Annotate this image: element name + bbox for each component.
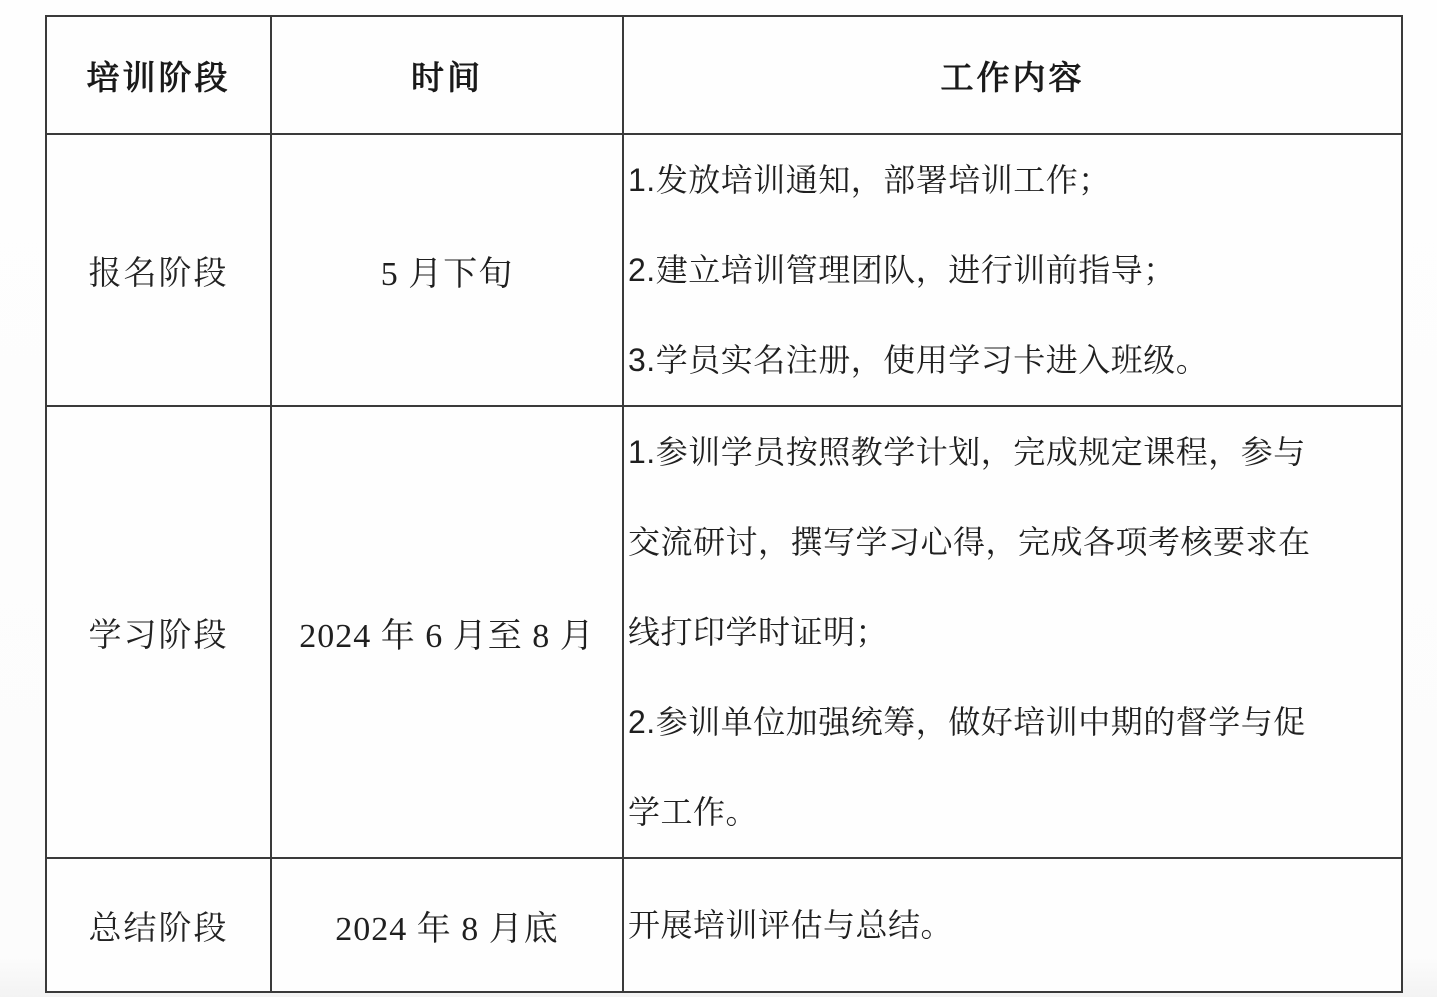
header-phase: 培训阶段 [46,16,271,134]
content-line: 学工作。 [624,767,1401,857]
content-line: 3.学员实名注册，使用学习卡进入班级。 [624,315,1401,405]
content-line: 1.参训学员按照教学计划，完成规定课程，参与 [624,407,1401,497]
table-header-row: 培训阶段 时间 工作内容 [46,16,1402,134]
document-page: 培训阶段 时间 工作内容 报名阶段 5 月下旬 1.发放培训通知，部署培训工作；… [0,0,1437,997]
phase-cell-study: 学习阶段 [46,406,271,858]
training-schedule-table: 培训阶段 时间 工作内容 报名阶段 5 月下旬 1.发放培训通知，部署培训工作；… [45,15,1403,993]
content-line: 交流研讨，撰写学习心得，完成各项考核要求在 [624,497,1401,587]
content-cell-summary: 开展培训评估与总结。 [623,858,1402,992]
header-content: 工作内容 [623,16,1402,134]
time-cell-signup: 5 月下旬 [271,134,623,406]
table-row-signup: 报名阶段 5 月下旬 1.发放培训通知，部署培训工作； 2.建立培训管理团队，进… [46,134,1402,406]
content-line: 2.建立培训管理团队，进行训前指导； [624,225,1401,315]
phase-cell-signup: 报名阶段 [46,134,271,406]
content-cell-signup: 1.发放培训通知，部署培训工作； 2.建立培训管理团队，进行训前指导； 3.学员… [623,134,1402,406]
content-line: 线打印学时证明； [624,587,1401,677]
phase-cell-summary: 总结阶段 [46,858,271,992]
content-line: 1.发放培训通知，部署培训工作； [624,135,1401,225]
table-row-study: 学习阶段 2024 年 6 月至 8 月 1.参训学员按照教学计划，完成规定课程… [46,406,1402,858]
time-cell-summary: 2024 年 8 月底 [271,858,623,992]
content-line: 2.参训单位加强统筹，做好培训中期的督学与促 [624,677,1401,767]
time-cell-study: 2024 年 6 月至 8 月 [271,406,623,858]
table-row-summary: 总结阶段 2024 年 8 月底 开展培训评估与总结。 [46,858,1402,992]
content-line: 开展培训评估与总结。 [624,880,1401,970]
content-cell-study: 1.参训学员按照教学计划，完成规定课程，参与 交流研讨，撰写学习心得，完成各项考… [623,406,1402,858]
header-time: 时间 [271,16,623,134]
